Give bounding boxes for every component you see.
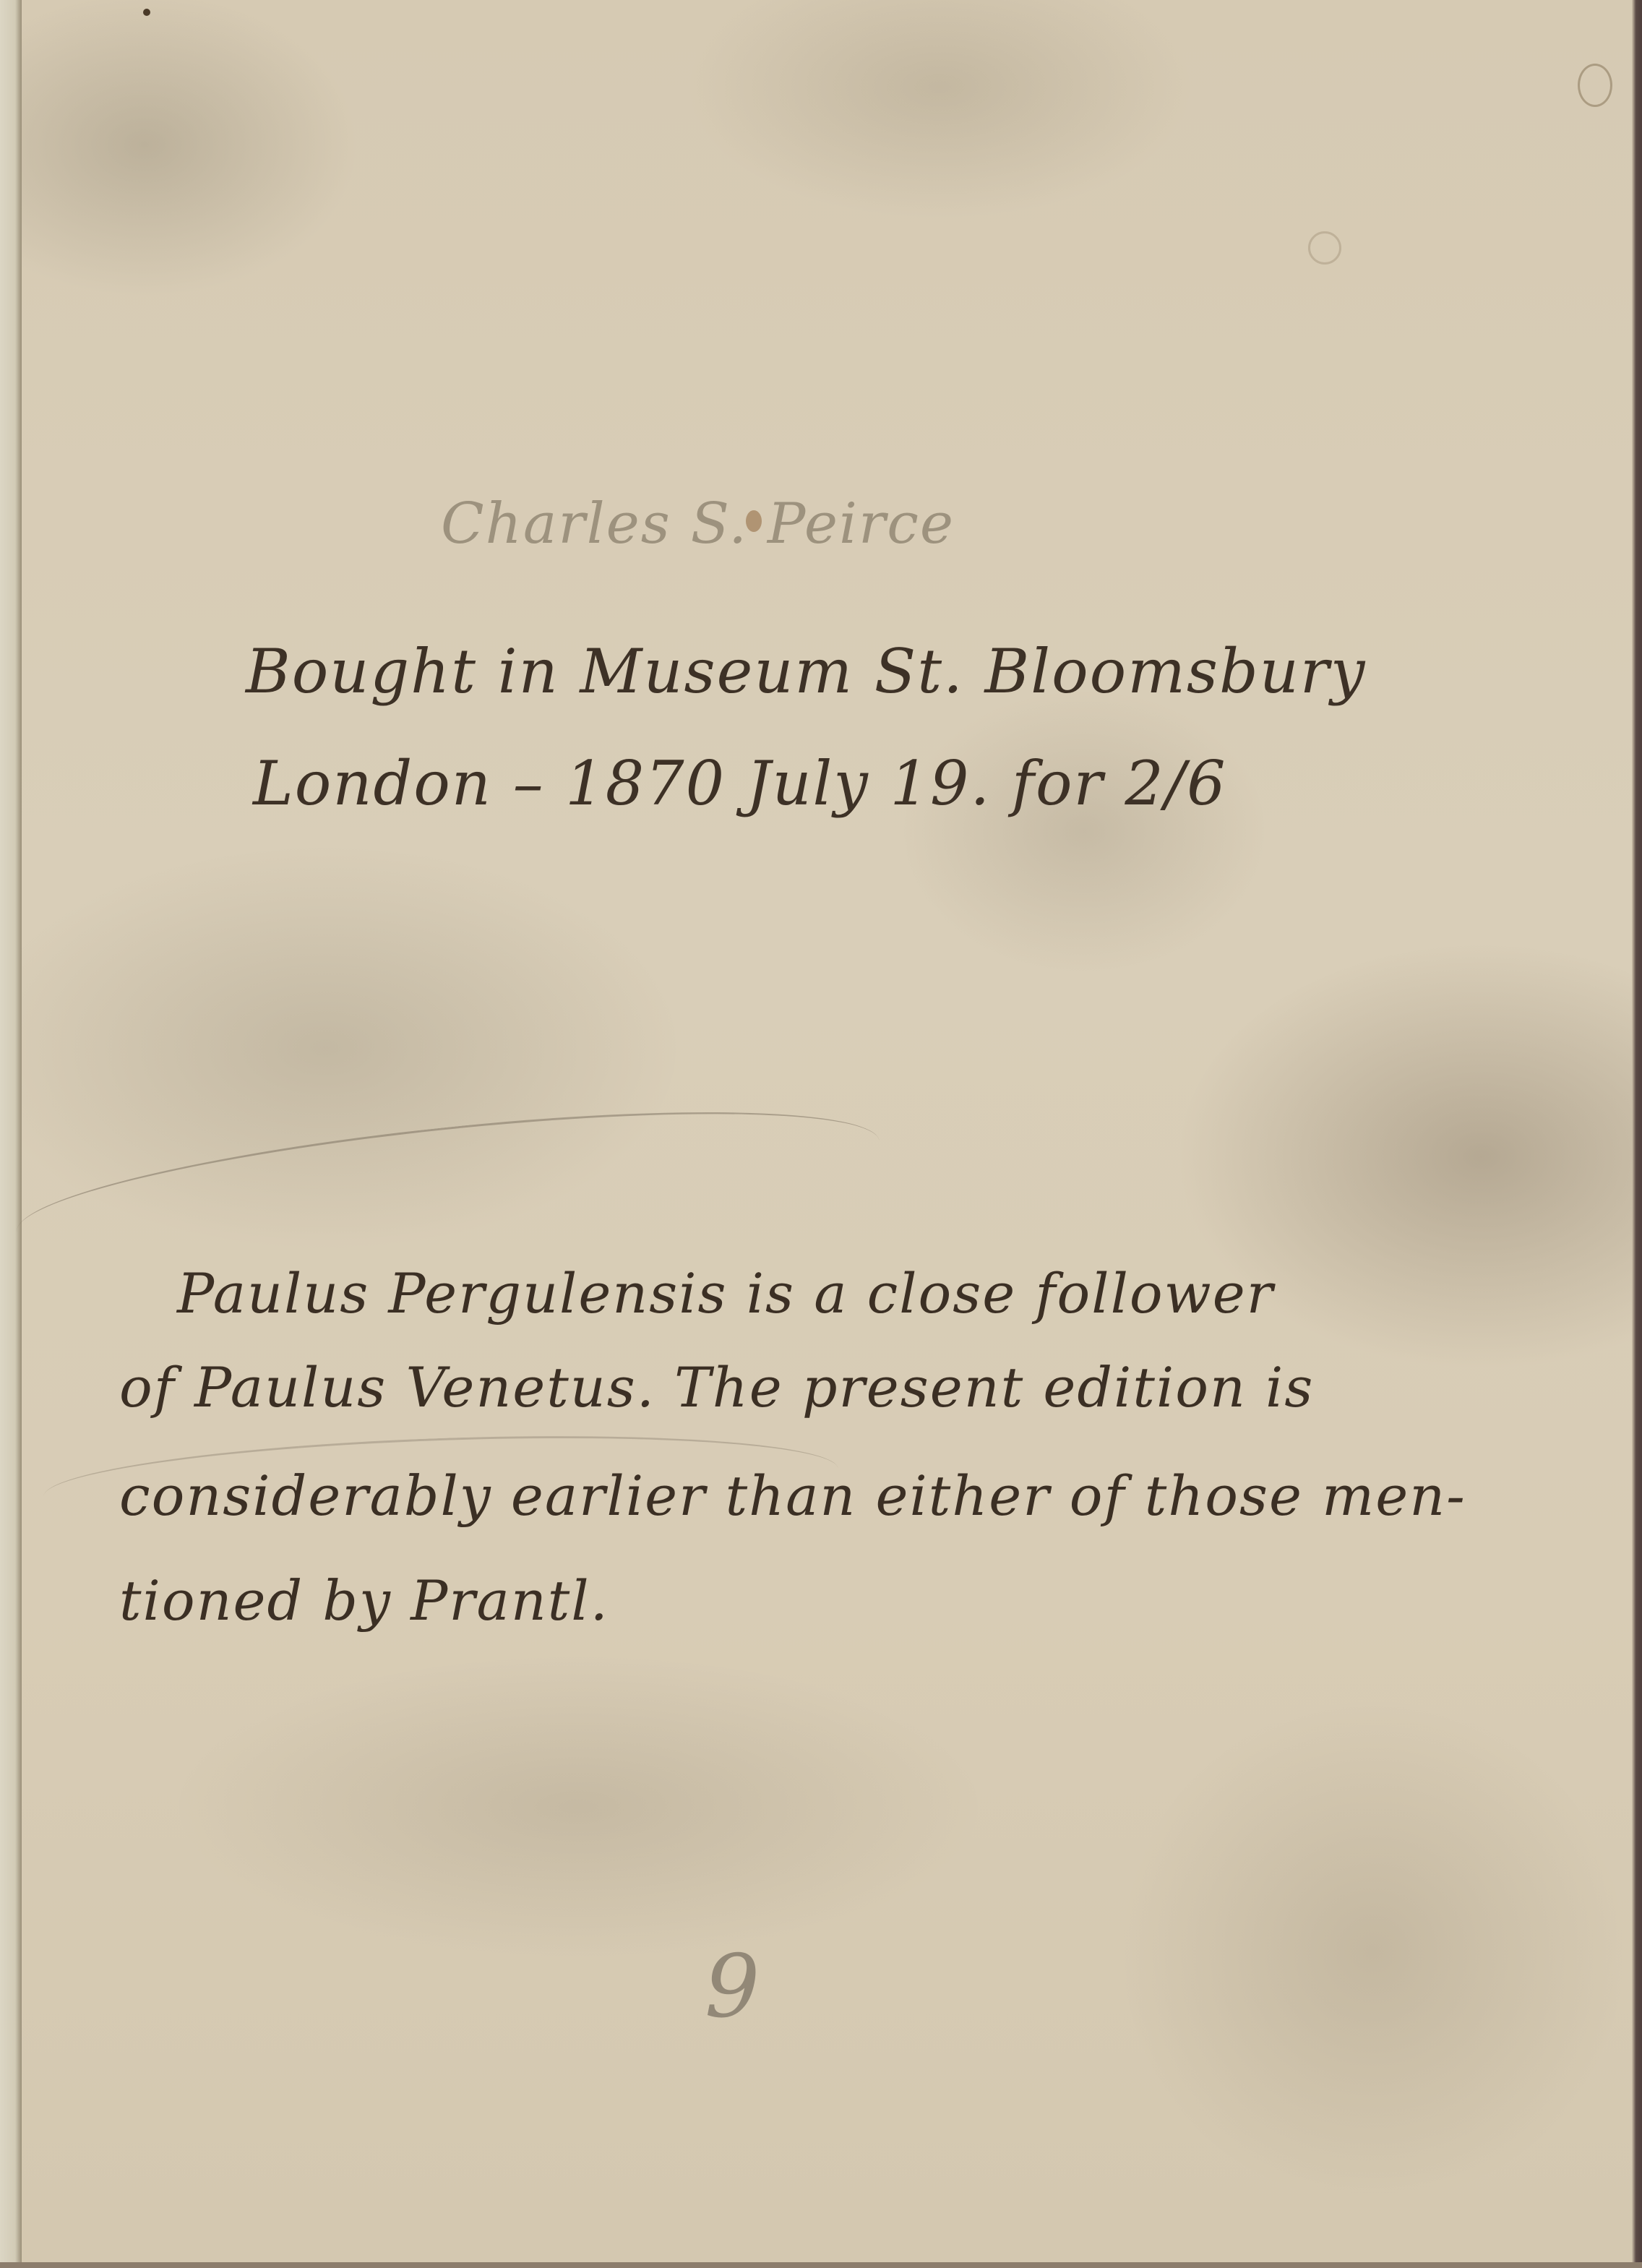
ring-stain (1578, 64, 1612, 107)
owner-signature: Charles S. Peirce (441, 491, 955, 557)
pencil-shelfmark: 9 (705, 1937, 761, 2037)
purchase-note-line-2: London – 1870 July 19. for 2/6 (253, 748, 1227, 819)
gutter-edge (0, 0, 22, 2268)
flyleaf-page: Charles S. Peirce Bought in Museum St. B… (0, 0, 1642, 2268)
ring-stain (1308, 231, 1341, 265)
purchase-note-line-1: Bought in Museum St. Bloomsbury (246, 636, 1366, 707)
bibliographic-note-line-4: tioned by Prantl. (119, 1568, 609, 1633)
paper-crease (11, 1083, 885, 1291)
bibliographic-note-line-3: considerably earlier than either of thos… (119, 1464, 1466, 1528)
ink-spot (143, 9, 150, 16)
bibliographic-note-line-1: Paulus Pergulensis is a close follower (177, 1261, 1274, 1326)
bottom-edge (0, 2262, 1642, 2268)
bibliographic-note-line-2: of Paulus Venetus. The present edition i… (119, 1355, 1314, 1419)
binding-edge (1632, 0, 1642, 2268)
